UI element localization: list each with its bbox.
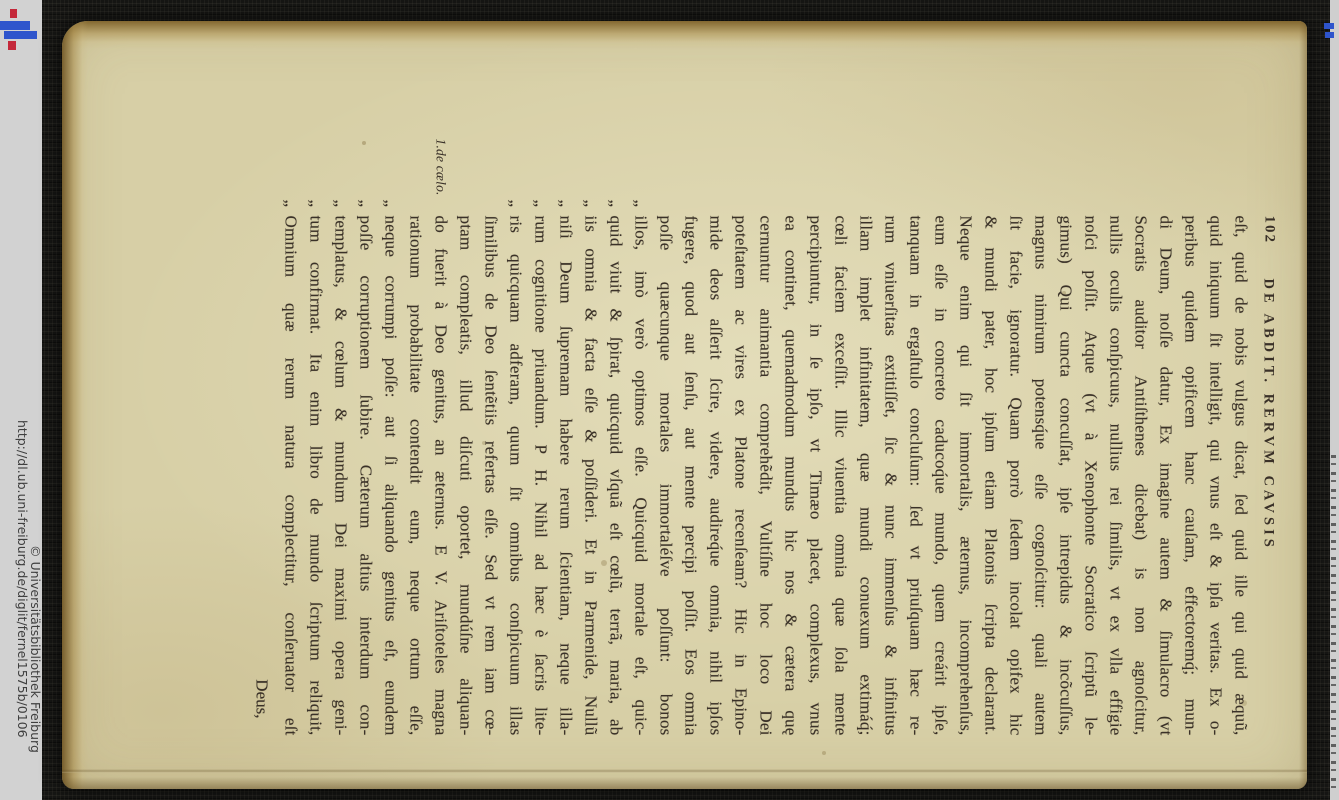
text-line: peribus quidem opificem hanc cauſam, eff… (1178, 215, 1203, 735)
margin-note: 1.de cælo. (432, 138, 448, 212)
text-line: „iis omnia & facta eſſe & poſſideri. Et … (578, 215, 603, 735)
page-content-rotated: 102 DE ABDIT. RERVM CAVSIS eſt, quid de … (62, 22, 1307, 788)
text-line: rum vniuerſitas extitiſſet, ſic & nunc i… (878, 215, 903, 735)
reference-strip-right (1330, 0, 1339, 800)
quote-mark: „ (328, 199, 353, 207)
text-line: „illos, imò verò optimos eſſe. Quicquid … (628, 215, 653, 735)
text-line: rationum probabilitate contendit eum, ne… (403, 215, 428, 735)
text-line: poteſtatem ac vires ex Platone recenſeam… (728, 215, 753, 735)
text-line: tanquam in ergaſtulo concluſum: ſed vt p… (903, 215, 928, 735)
text-line: cœli faciem exceſſit. Illic viuentia omn… (828, 215, 853, 735)
quote-mark: „ (603, 199, 628, 207)
text-line: illam implet infinitatem, quæ mundi conu… (853, 215, 878, 735)
quote-mark: „ (553, 199, 578, 207)
text-line: „niſi Deum ſupremam habere rerum ſcienti… (553, 215, 578, 735)
text-line: „neque corrumpi poſſe: aut ſi aliquando … (378, 215, 403, 735)
registration-mark-blue-1 (0, 21, 30, 30)
text-line: nullis oculis conſpicuus, nullius rei ſi… (1103, 215, 1128, 735)
text-line: „tum confirmat. Ita enim libro de mundo … (303, 215, 328, 735)
text-line: „Omnium quæ rerum natura complectitur, c… (278, 215, 303, 735)
quote-mark: „ (353, 199, 378, 207)
text-line: „templatus, & cœlum & mundum Dei maximi … (328, 215, 353, 735)
text-line: „rum cognitione priuandum. P H. Nihil ad… (528, 215, 553, 735)
text-line: Socratis auditor Antiſthenes dicebat) is… (1128, 215, 1153, 735)
text-line: ea continet, quemadmodum mundus hic nos … (778, 215, 803, 735)
registration-mark-blue-right-1 (1324, 23, 1334, 29)
text-line: di Deum, noſſe datur, Ex imagine autem &… (1153, 215, 1178, 735)
catchword: Deus, (251, 215, 271, 718)
quote-mark: „ (303, 199, 328, 207)
quote-mark: „ (578, 199, 603, 207)
text-line: do fuerit à Deo genitus, an æternus. E V… (428, 215, 453, 735)
text-line: cernuntur animantia comprehẽdit, Vultíſn… (753, 215, 778, 735)
text-line: „quid viuit & ſpirat, quicquid vſquã eſt… (603, 215, 628, 735)
book-page: 102 DE ABDIT. RERVM CAVSIS eſt, quid de … (62, 21, 1307, 789)
text-line: fugere, quod aut ſenſu, aut mente percip… (678, 215, 703, 735)
text-block: eſt, quid de nobis vulgus dicat, ſed qui… (278, 215, 1253, 735)
text-line: noſci poſſit. Atque (vt à Xenophonte Soc… (1078, 215, 1103, 735)
text-line: ptam compleatis, illud diſcuti oportet, … (453, 215, 478, 735)
text-line: & mundi pater, hoc ipſum etiam Platonis … (978, 215, 1003, 735)
quote-mark: „ (278, 199, 303, 207)
text-line: gimus) Qui cuncta concuſſat, ipſe intrep… (1053, 215, 1078, 735)
text-line: magnus nimirum potensq́ue eſſe cognoſcit… (1028, 215, 1053, 735)
clipped-edge-text (1331, 455, 1336, 790)
page-number: 102 (1260, 215, 1277, 244)
text-line: mide deos aſſerit ſcire, videre, audireq… (703, 215, 728, 735)
quote-mark: „ (528, 199, 553, 207)
copyright-text: © Universitätsbibliothek Freiburg (27, 545, 43, 753)
quote-mark: „ (378, 199, 403, 207)
reference-strip-left: http://dl.ub.uni-freiburg.de/diglit/fern… (0, 0, 42, 800)
text-line: percipiuntur, in ſe ipſo, vt Timæo place… (803, 215, 828, 735)
running-title: DE ABDIT. RERVM CAVSIS (1259, 278, 1276, 550)
text-line: poſſe quæcunque mortales immortaléſve po… (653, 215, 678, 735)
text-line: ſimilibus de Deo ſentẽtiis refertas eſſe… (478, 215, 503, 735)
registration-mark-blue-2 (4, 31, 37, 39)
text-line: eſt, quid de nobis vulgus dicat, ſed qui… (1228, 215, 1253, 735)
quote-mark: „ (503, 199, 528, 207)
text-line: quid iniquum ſit intelligit, qui vnus eſ… (1203, 215, 1228, 735)
text-line: Neque enim qui ſit immortalis, æternus, … (953, 215, 978, 735)
quote-mark: „ (628, 199, 653, 207)
registration-mark-blue-right-2 (1325, 32, 1334, 38)
text-line: eum eſſe in concreto caducoq́ue mundo, q… (928, 215, 953, 735)
text-line: „ris quicquam adferam, quum ſit omnibus … (503, 215, 528, 735)
registration-mark-red-top (10, 9, 17, 18)
text-line: „poſſe corruptionem ſubire. Cæterum alti… (353, 215, 378, 735)
registration-mark-red-bottom (8, 41, 16, 50)
text-line: ſit facie, ignoratur. Quam porrò ſedem i… (1003, 215, 1028, 735)
